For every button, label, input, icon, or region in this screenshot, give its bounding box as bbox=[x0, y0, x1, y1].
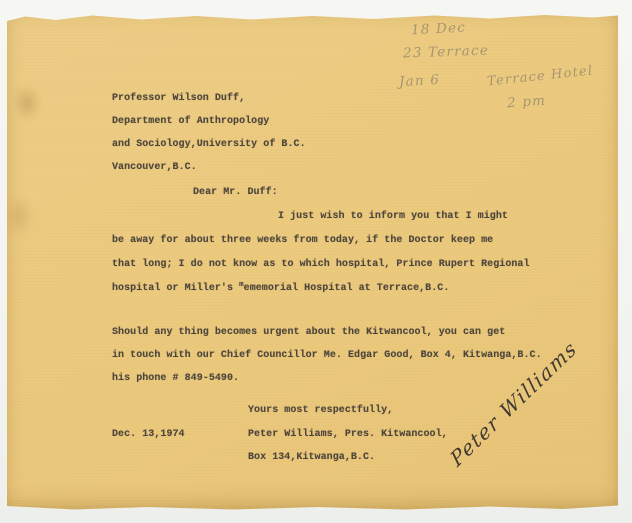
body-para1-line4-pre: hospital or Miller's bbox=[112, 283, 239, 294]
closing-valediction: Yours most respectfully, bbox=[248, 405, 393, 416]
body-para1-line4-post: ememorial Hospital at Terrace,B.C. bbox=[244, 283, 450, 294]
paper-smudge-left bbox=[3, 195, 35, 237]
body-para2-line1: Should any thing becomes urgent about th… bbox=[112, 327, 505, 338]
closing-signer-line: Peter Williams, Pres. Kitwancool, bbox=[248, 429, 448, 440]
body-para1-line3: that long; I do not know as to which hos… bbox=[112, 259, 530, 270]
recipient-line-3: and Sociology,University of B.C. bbox=[112, 139, 306, 150]
pencil-note-hotel: Terrace Hotel bbox=[487, 63, 594, 89]
recipient-line-4: Vancouver,B.C. bbox=[112, 162, 197, 173]
body-para2-line3: his phone # 849-5490. bbox=[112, 373, 239, 384]
body-para1-line4: hospital or Miller's mememorial Hospital… bbox=[112, 283, 449, 294]
recipient-line-1: Professor Wilson Duff, bbox=[112, 93, 245, 104]
closing-date: Dec. 13,1974 bbox=[112, 429, 185, 440]
paper-smudge-top-left bbox=[12, 83, 42, 123]
closing-address-line: Box 134,Kitwanga,B.C. bbox=[248, 452, 375, 463]
pencil-note-address: 23 Terrace bbox=[403, 43, 489, 62]
scanned-letter: 18 Dec 23 Terrace Jan 6 Terrace Hotel 2 … bbox=[0, 0, 632, 523]
body-para1-line4-superscript: m bbox=[239, 281, 244, 289]
body-para1-line2: be away for about three weeks from today… bbox=[112, 235, 493, 246]
pencil-note-time: 2 pm bbox=[506, 93, 546, 112]
recipient-line-2: Department of Anthropology bbox=[112, 116, 269, 127]
salutation: Dear Mr. Duff: bbox=[193, 187, 278, 198]
letter-paper: 18 Dec 23 Terrace Jan 6 Terrace Hotel 2 … bbox=[7, 13, 618, 510]
body-para1-line1: I just wish to inform you that I might bbox=[278, 211, 508, 222]
body-para2-line2: in touch with our Chief Councillor Me. E… bbox=[112, 350, 542, 361]
pencil-note-date-1: 18 Dec bbox=[411, 20, 467, 39]
pencil-note-date-2: Jan 6 bbox=[399, 72, 441, 90]
